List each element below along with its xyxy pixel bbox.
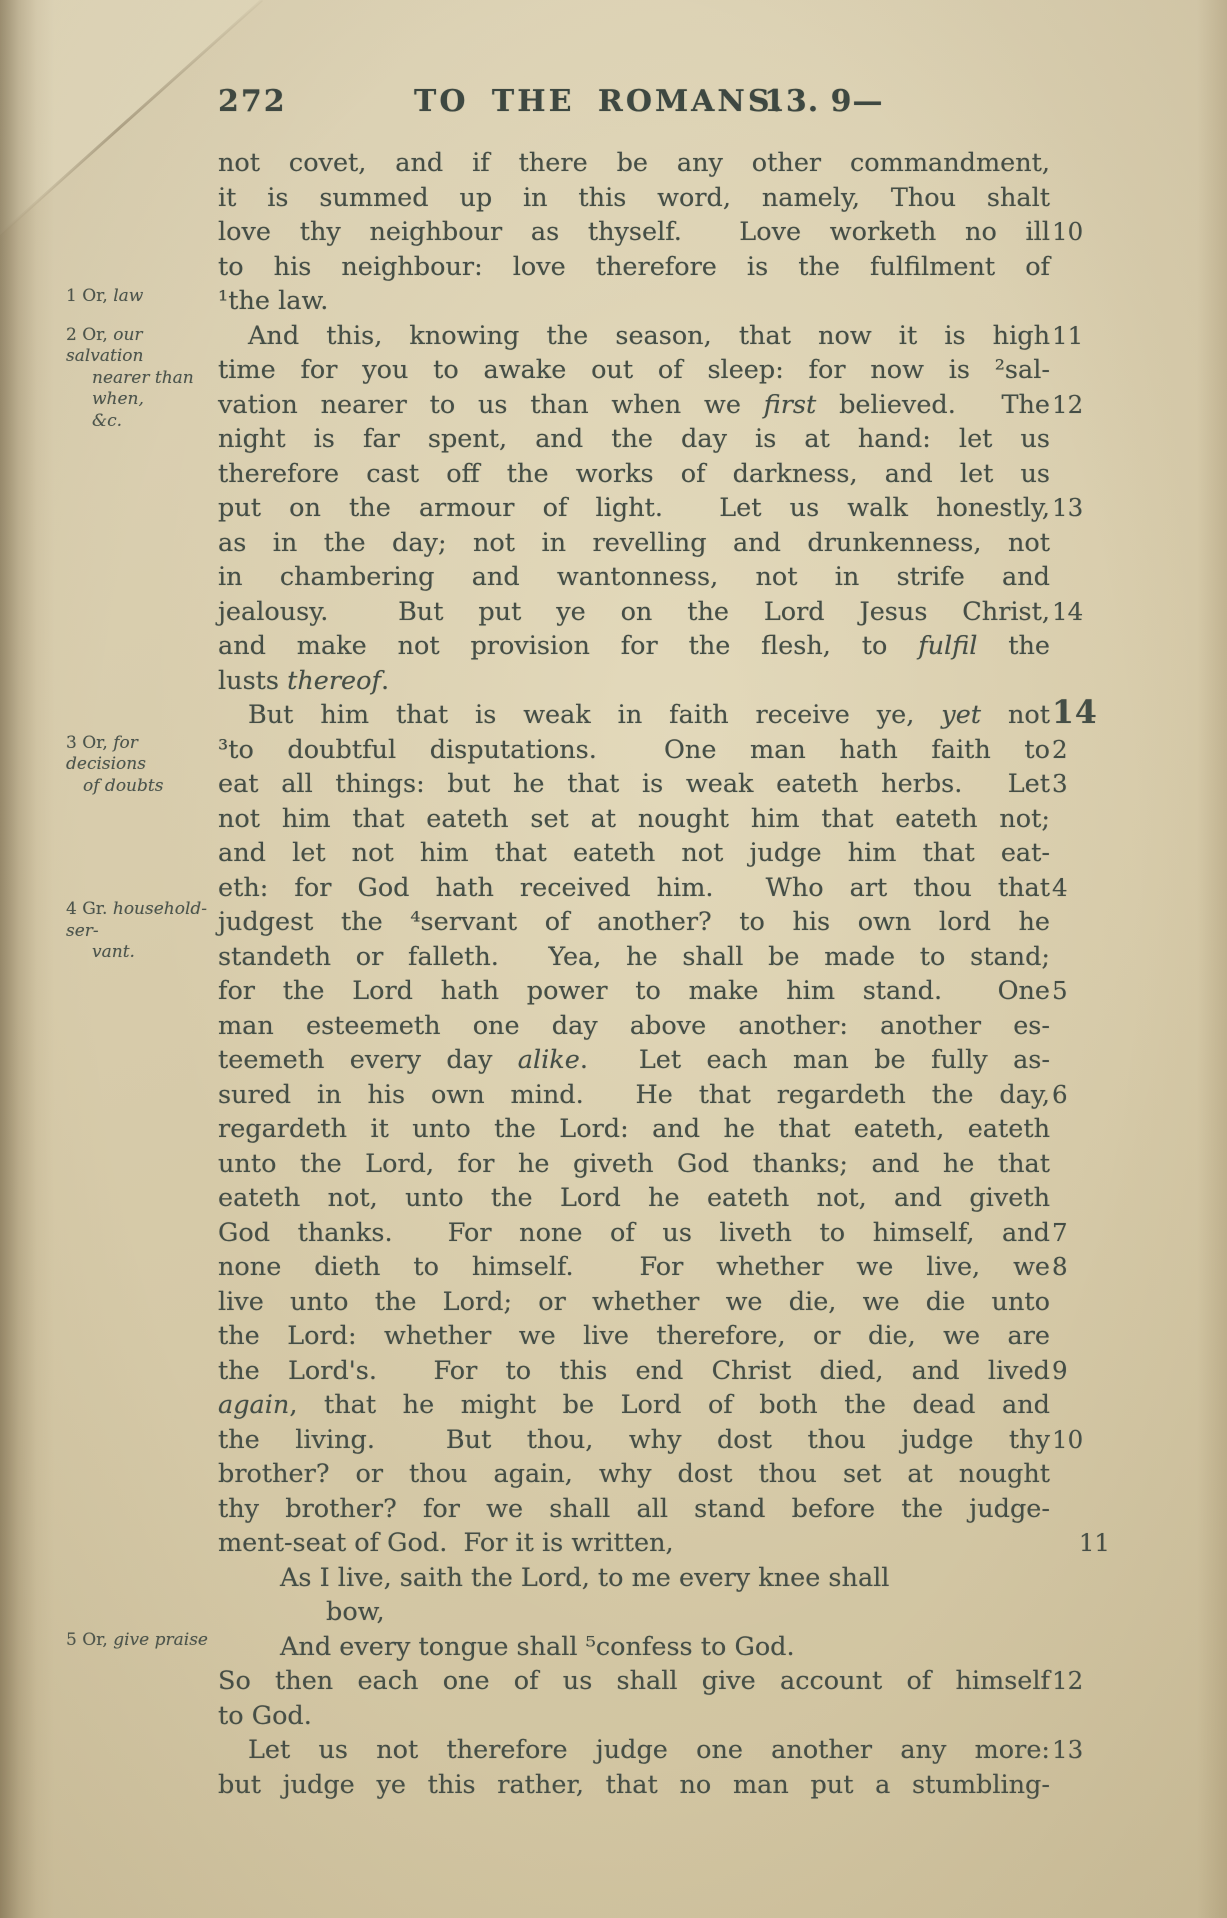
text-segment: teemeth every day <box>218 1045 518 1075</box>
margin-note-line: 5 Or, give praise <box>66 1630 218 1652</box>
text-segment: the <box>977 631 1050 661</box>
text-segment: bow, <box>326 1597 385 1627</box>
text-segment: unto the Lord, for he giveth God thanks;… <box>218 1149 1050 1179</box>
text-segment: and let not him that eateth not judge hi… <box>218 838 1050 868</box>
text-segment: not <box>981 700 1050 730</box>
text-segment: 3 Or, <box>66 733 113 753</box>
text-segment: eat all things: but he that is weak eate… <box>218 769 1050 799</box>
text-segment: God thanks. For none of us liveth to him… <box>218 1218 1050 1248</box>
text-segment: ¹the law. <box>218 286 328 316</box>
text-segment: sured in his own mind. He that regardeth… <box>218 1080 1050 1110</box>
body-line: bow, <box>218 1595 1110 1630</box>
verse-number: 7 <box>1052 1216 1110 1251</box>
text-segment: lusts <box>218 666 287 696</box>
text-segment: 2 Or, <box>66 325 113 345</box>
margin-note-line: vant. <box>66 942 218 964</box>
verse-number: 11 <box>1052 1526 1110 1561</box>
text-segment: brother? or thou again, why dost thou se… <box>218 1459 1050 1489</box>
text-segment: not covet, and if there be any other com… <box>218 148 1050 178</box>
body-line: put on the armour of light. Let us walk … <box>218 491 1110 526</box>
verse-number: 13 <box>1052 491 1110 526</box>
body-line: jealousy. But put ye on the Lord Jesus C… <box>218 595 1110 630</box>
body-line: night is far spent, and the day is at ha… <box>218 422 1110 457</box>
text-segment: put on the armour of light. Let us walk … <box>218 493 1050 523</box>
italic-text: alike <box>518 1045 580 1075</box>
body-line: the living. But thou, why dost thou judg… <box>218 1423 1110 1458</box>
book-page: 272 TO THE ROMANS. 13. 9— 1 Or, law2 Or,… <box>0 0 1227 1918</box>
chapter-number: 14 <box>1052 696 1110 731</box>
text-segment: As I live, saith the Lord, to me every k… <box>280 1563 889 1593</box>
text-segment: the living. But thou, why dost thou judg… <box>218 1425 1050 1455</box>
margin-note-line: 2 Or, our salvation <box>66 325 218 368</box>
verse-number: 13 <box>1052 1733 1110 1768</box>
body-line: to God. <box>218 1699 1110 1734</box>
text-segment: not him that eateth set at nought him th… <box>218 804 1050 834</box>
body-line: As I live, saith the Lord, to me every k… <box>218 1561 1110 1596</box>
body-text: not covet, and if there be any other com… <box>218 146 1110 1802</box>
text-segment: 4 Gr. <box>66 899 113 919</box>
body-line: not covet, and if there be any other com… <box>218 146 1110 181</box>
verse-number: 8 <box>1052 1250 1110 1285</box>
italic-text: fulfil <box>918 631 977 661</box>
margin-note-line: 4 Gr. household-ser- <box>66 899 218 942</box>
body-line: And this, knowing the season, that now i… <box>218 319 1110 354</box>
body-line: man esteemeth one day above another: ano… <box>218 1009 1110 1044</box>
text-segment: man esteemeth one day above another: ano… <box>218 1011 1050 1041</box>
text-segment: night is far spent, and the day is at ha… <box>218 424 1050 454</box>
body-line: but judge ye this rather, that no man pu… <box>218 1768 1110 1803</box>
text-segment: to God. <box>218 1701 312 1731</box>
body-line: ¹the law. <box>218 284 1110 319</box>
body-line: eth: for God hath received him. Who art … <box>218 871 1110 906</box>
margin-note: 4 Gr. household-ser-vant. <box>66 899 218 964</box>
body-line: vation nearer to us than when we first b… <box>218 388 1110 423</box>
text-segment: So then each one of us shall give accoun… <box>218 1666 1050 1696</box>
chapter-verse-reference: 13. 9— <box>764 84 884 119</box>
verse-number: 11 <box>1052 319 1110 354</box>
text-segment: And every tongue shall ⁵confess to God. <box>280 1632 795 1662</box>
body-line: none dieth to himself. For whether we li… <box>218 1250 1110 1285</box>
body-line: as in the day; not in revelling and drun… <box>218 526 1110 561</box>
italic-text: first <box>764 390 817 420</box>
verse-number: 3 <box>1052 767 1110 802</box>
body-line: ment-seat of God. For it is written,11 <box>218 1526 1110 1561</box>
text-segment: time for you to awake out of sleep: for … <box>218 355 1050 385</box>
margin-note-line: 3 Or, for decisions <box>66 733 218 776</box>
body-line: eat all things: but he that is weak eate… <box>218 767 1110 802</box>
italic-text: thereof <box>287 666 381 696</box>
text-segment: as in the day; not in revelling and drun… <box>218 528 1050 558</box>
margin-note: 3 Or, for decisionsof doubts <box>66 733 218 798</box>
italic-text: give praise <box>113 1630 208 1650</box>
text-segment: the Lord: whether we live therefore, or … <box>218 1321 1050 1351</box>
body-line: and let not him that eateth not judge hi… <box>218 836 1110 871</box>
text-segment: believed. The <box>816 390 1050 420</box>
text-segment: regardeth it unto the Lord: and he that … <box>218 1114 1050 1144</box>
binding-shadow <box>0 0 54 1918</box>
body-line: But him that is weak in faith receive ye… <box>218 698 1110 733</box>
text-segment: vation nearer to us than when we <box>218 390 764 420</box>
body-line: eateth not, unto the Lord he eateth not,… <box>218 1181 1110 1216</box>
body-line: teemeth every day alike. Let each man be… <box>218 1043 1110 1078</box>
text-segment: . <box>381 666 389 696</box>
text-segment: eateth not, unto the Lord he eateth not,… <box>218 1183 1050 1213</box>
italic-text: &c. <box>92 411 122 431</box>
text-segment: ment-seat of God. For it is written, <box>218 1528 674 1558</box>
text-segment: 5 Or, <box>66 1630 113 1650</box>
body-line: the Lord's. For to this end Christ died,… <box>218 1354 1110 1389</box>
body-line: not him that eateth set at nought him th… <box>218 802 1110 837</box>
margin-note: 1 Or, law <box>66 286 218 308</box>
text-segment: it is summed up in this word, namely, Th… <box>218 183 1050 213</box>
italic-text: vant. <box>92 942 135 962</box>
text-segment: none dieth to himself. For whether we li… <box>218 1252 1050 1282</box>
page-header: 272 TO THE ROMANS. 13. 9— <box>218 84 1110 126</box>
margin-note: 2 Or, our salvationnearer than when,&c. <box>66 325 218 433</box>
body-line: it is summed up in this word, namely, Th… <box>218 181 1110 216</box>
verse-number: 10 <box>1052 215 1110 250</box>
text-segment: And this, knowing the season, that now i… <box>248 321 1050 351</box>
body-line: standeth or falleth. Yea, he shall be ma… <box>218 940 1110 975</box>
margin-note-line: of doubts <box>66 776 218 798</box>
italic-text: nearer than when, <box>92 368 199 410</box>
verse-number: 4 <box>1052 871 1110 906</box>
body-line: again, that he might be Lord of both the… <box>218 1388 1110 1423</box>
italic-text: law <box>113 286 143 306</box>
text-segment: in chambering and wantonness, not in str… <box>218 562 1050 592</box>
body-line: ³to doubtful disputations. One man hath … <box>218 733 1110 768</box>
body-line: regardeth it unto the Lord: and he that … <box>218 1112 1110 1147</box>
text-segment: 1 Or, <box>66 286 113 306</box>
body-line: and make not provision for the flesh, to… <box>218 629 1110 664</box>
text-segment: the Lord's. For to this end Christ died,… <box>218 1356 1050 1386</box>
margin-note: 5 Or, give praise <box>66 1630 218 1652</box>
text-segment: But him that is weak in faith receive ye… <box>248 700 941 730</box>
verse-number: 10 <box>1052 1423 1110 1458</box>
verse-number: 12 <box>1052 388 1110 423</box>
body-line: brother? or thou again, why dost thou se… <box>218 1457 1110 1492</box>
body-line: So then each one of us shall give accoun… <box>218 1664 1110 1699</box>
body-line: lusts thereof. <box>218 664 1110 699</box>
italic-text: of doubts <box>83 776 163 796</box>
text-segment: Let us not therefore judge one another a… <box>248 1735 1050 1765</box>
italic-text: again <box>218 1390 289 1420</box>
body-line: judgest the ⁴servant of another? to his … <box>218 905 1110 940</box>
verse-number: 12 <box>1052 1664 1110 1699</box>
margin-note-line: &c. <box>66 411 218 433</box>
body-line: in chambering and wantonness, not in str… <box>218 560 1110 595</box>
body-line: thy brother? for we shall all stand befo… <box>218 1492 1110 1527</box>
body-line: God thanks. For none of us liveth to him… <box>218 1216 1110 1251</box>
text-segment: therefore cast off the works of darkness… <box>218 459 1050 489</box>
text-segment: standeth or falleth. Yea, he shall be ma… <box>218 942 1050 972</box>
text-segment: jealousy. But put ye on the Lord Jesus C… <box>218 597 1050 627</box>
body-line: unto the Lord, for he giveth God thanks;… <box>218 1147 1110 1182</box>
text-segment: , that he might be Lord of both the dead… <box>289 1390 1050 1420</box>
body-line: live unto the Lord; or whether we die, w… <box>218 1285 1110 1320</box>
text-segment: and make not provision for the flesh, to <box>218 631 918 661</box>
page-number: 272 <box>218 84 287 119</box>
italic-text: yet <box>941 700 981 730</box>
text-segment: live unto the Lord; or whether we die, w… <box>218 1287 1050 1317</box>
text-segment: judgest the ⁴servant of another? to his … <box>218 907 1050 937</box>
text-segment: ³to doubtful disputations. One man hath … <box>218 735 1050 765</box>
text-segment: . Let each man be fully as- <box>580 1045 1050 1075</box>
text-segment: for the Lord hath power to make him stan… <box>218 976 1050 1006</box>
body-line: And every tongue shall ⁵confess to God. <box>218 1630 1110 1665</box>
body-line: time for you to awake out of sleep: for … <box>218 353 1110 388</box>
body-line: sured in his own mind. He that regardeth… <box>218 1078 1110 1113</box>
verse-number: 9 <box>1052 1354 1110 1389</box>
body-line: Let us not therefore judge one another a… <box>218 1733 1110 1768</box>
body-line: to his neighbour: love therefore is the … <box>218 250 1110 285</box>
body-line: for the Lord hath power to make him stan… <box>218 974 1110 1009</box>
body-line: love thy neighbour as thyself. Love work… <box>218 215 1110 250</box>
text-segment: thy brother? for we shall all stand befo… <box>218 1494 1050 1524</box>
text-segment: to his neighbour: love therefore is the … <box>218 252 1050 282</box>
page-right-edge-shadow <box>1197 0 1227 1918</box>
verse-number: 2 <box>1052 733 1110 768</box>
text-segment: eth: for God hath received him. Who art … <box>218 873 1050 903</box>
body-line: therefore cast off the works of darkness… <box>218 457 1110 492</box>
running-title: TO THE ROMANS. <box>414 84 785 119</box>
verse-number: 6 <box>1052 1078 1110 1113</box>
margin-note-line: nearer than when, <box>66 368 218 411</box>
verse-number: 5 <box>1052 974 1110 1009</box>
body-line: the Lord: whether we live therefore, or … <box>218 1319 1110 1354</box>
text-segment: love thy neighbour as thyself. Love work… <box>218 217 1050 247</box>
verse-number: 14 <box>1052 595 1110 630</box>
margin-note-line: 1 Or, law <box>66 286 218 308</box>
text-segment: but judge ye this rather, that no man pu… <box>218 1770 1050 1800</box>
